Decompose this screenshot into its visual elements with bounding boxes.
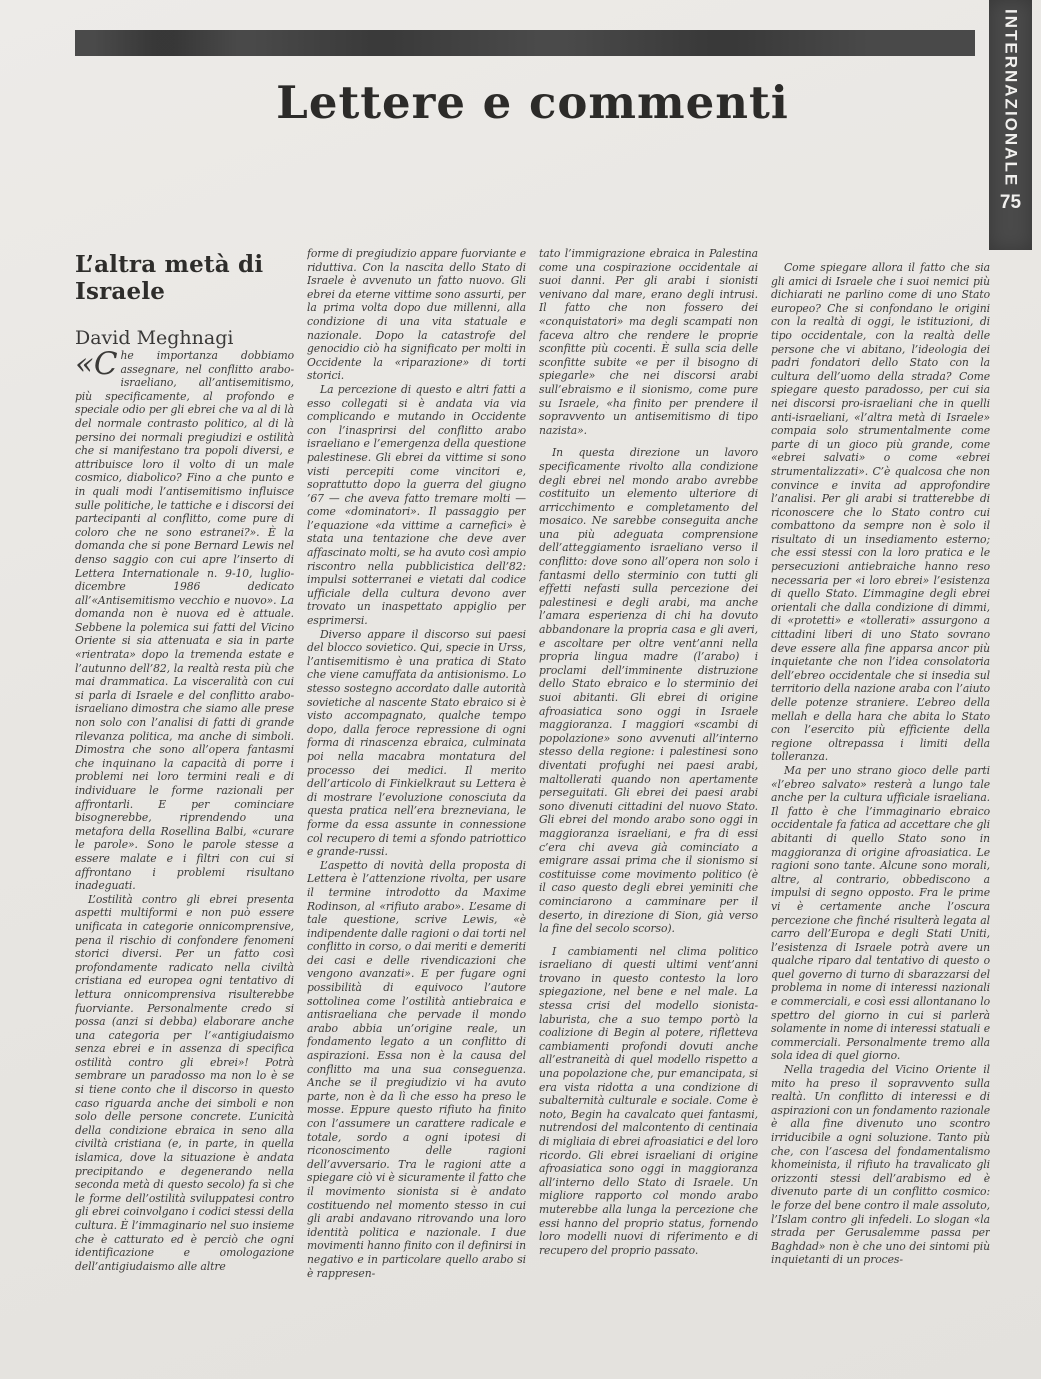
article-heading: L’altra metà di Israele: [75, 251, 294, 305]
article-paragraph: I cambiamenti nel clima politico israeli…: [539, 945, 758, 1258]
page-number: 75: [1000, 192, 1021, 214]
article-paragraph: tato l’immigrazione ebraica in Palestina…: [539, 247, 758, 437]
article-paragraph: In questa direzione un lavoro specificam…: [539, 446, 758, 935]
article-paragraph: Ma per uno strano gioco delle parti «l’e…: [771, 764, 990, 1063]
article-paragraph: La percezione di questo e altri fatti a …: [307, 383, 526, 628]
article-paragraph: L’ostilità contro gli ebrei presenta asp…: [75, 893, 294, 1274]
article-column-4: Come spiegare allora il fatto che sia gl…: [771, 247, 990, 1367]
lead-in-initial: «C: [75, 349, 121, 377]
section-label: INTERNAZIONALE: [1001, 9, 1021, 187]
article-body: L’altra metà di Israele David Meghnagi «…: [75, 247, 990, 1367]
article-paragraph: Nella tragedia del Vicino Oriente il mit…: [771, 1063, 990, 1267]
paragraph-text: he importanza dobbiamo assegnare, nel co…: [75, 349, 294, 892]
top-rule-bar: [75, 30, 975, 56]
section-sidebar-tab: INTERNAZIONALE 75: [989, 0, 1032, 250]
article-author: David Meghnagi: [75, 327, 294, 349]
article-column-1: L’altra metà di Israele David Meghnagi «…: [75, 247, 294, 1367]
article-paragraph: Diverso appare il discorso sui paesi del…: [307, 628, 526, 859]
article-paragraph: «Che importanza dobbiamo assegnare, nel …: [75, 349, 294, 893]
article-column-2: forme di pregiudizio appare fuorviante e…: [307, 247, 526, 1367]
article-paragraph: L’aspetto di novità della proposta di Le…: [307, 859, 526, 1280]
article-paragraph: forme di pregiudizio appare fuorviante e…: [307, 247, 526, 383]
magazine-page: Lettere e commenti INTERNAZIONALE 75 L’a…: [0, 0, 1041, 1379]
article-column-3: tato l’immigrazione ebraica in Palestina…: [539, 247, 758, 1367]
article-paragraph: Come spiegare allora il fatto che sia gl…: [771, 261, 990, 764]
page-title: Lettere e commenti: [75, 76, 990, 129]
